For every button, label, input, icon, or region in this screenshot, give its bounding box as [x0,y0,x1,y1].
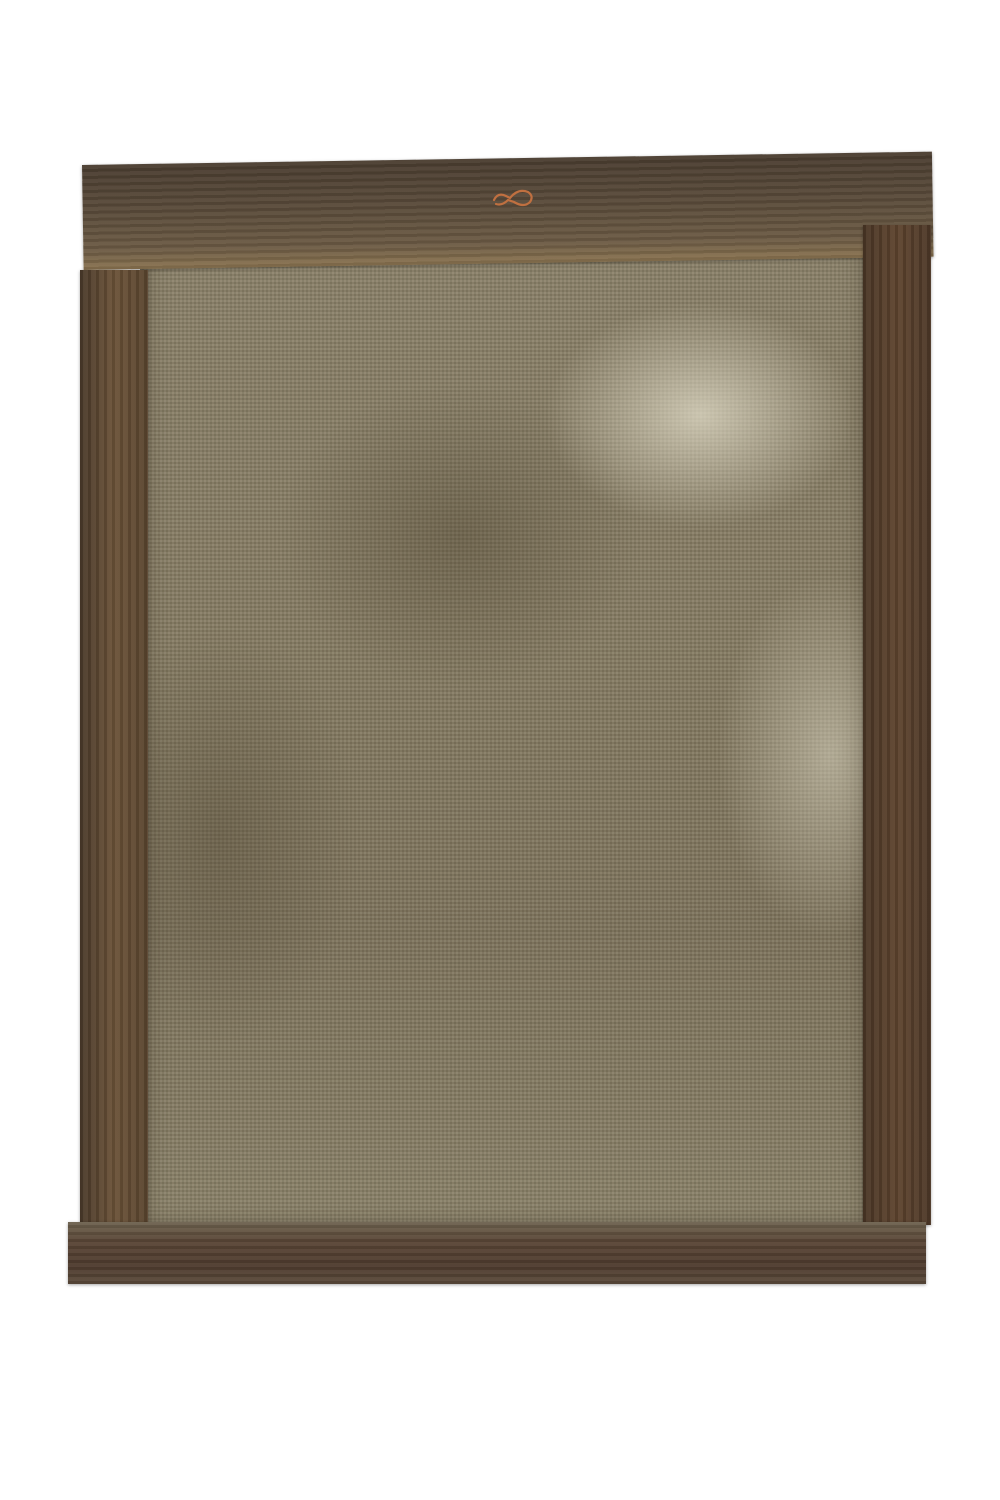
canvas-back [140,235,870,1230]
hanging-hook-icon [488,186,538,212]
bottom-stretcher-bar [68,1222,926,1284]
right-stretcher-bar [863,225,931,1225]
left-stretcher-bar [80,270,148,1230]
painting-back-photo [0,0,1000,1500]
